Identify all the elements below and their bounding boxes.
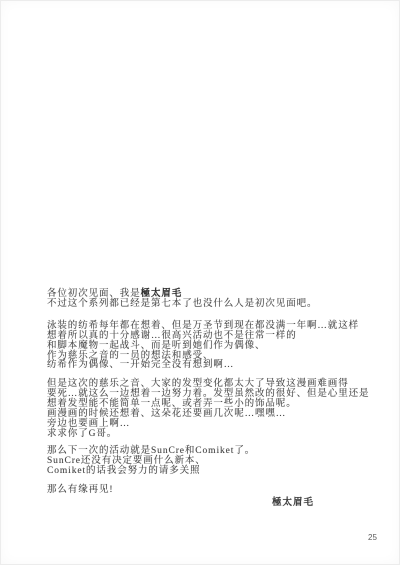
- paragraph-farewell: 那么有缘再见!: [47, 486, 377, 496]
- text-line: 求求你了G哥。: [47, 430, 377, 440]
- paragraph-drawing: 但是这次的慈乐之音、大家的发型变化都太大了导致这漫画难画得 要死…就这么一边想着…: [47, 380, 377, 439]
- intro-line-2: 不过这个系列都已经是第七本了也没什么人是初次见面吧。: [47, 300, 377, 310]
- afterword-page: 各位初次见面、我是極太眉毛 不过这个系列都已经是第七本了也没什么人是初次见面吧。…: [0, 0, 400, 565]
- paragraph-thanks: 泳装的纺希每年都在想着、但是万圣节到现在都没满一年啊…就这样 想着所以真的十分感…: [47, 322, 377, 372]
- page-number: 25: [368, 533, 377, 542]
- text-line: 那么有缘再见!: [47, 486, 377, 496]
- author-signature: 極太眉毛: [272, 494, 314, 508]
- intro-paragraph: 各位初次见面、我是極太眉毛 不过这个系列都已经是第七本了也没什么人是初次见面吧。: [47, 290, 377, 310]
- text-line: Comiket的话我会努力的请多关照: [47, 467, 377, 477]
- paragraph-next-events: 那么下一次的活动就是SunCre和Comiket了。 SunCre还没有决定要画…: [47, 447, 377, 477]
- author-name: 極太眉毛: [141, 289, 183, 299]
- intro-prefix: 各位初次见面、我是: [47, 289, 141, 299]
- text-line: 纺希作为偶像、一开始完全没有想到啊…: [47, 361, 377, 371]
- afterword-text: 各位初次见面、我是極太眉毛 不过这个系列都已经是第七本了也没什么人是初次见面吧。…: [47, 290, 377, 495]
